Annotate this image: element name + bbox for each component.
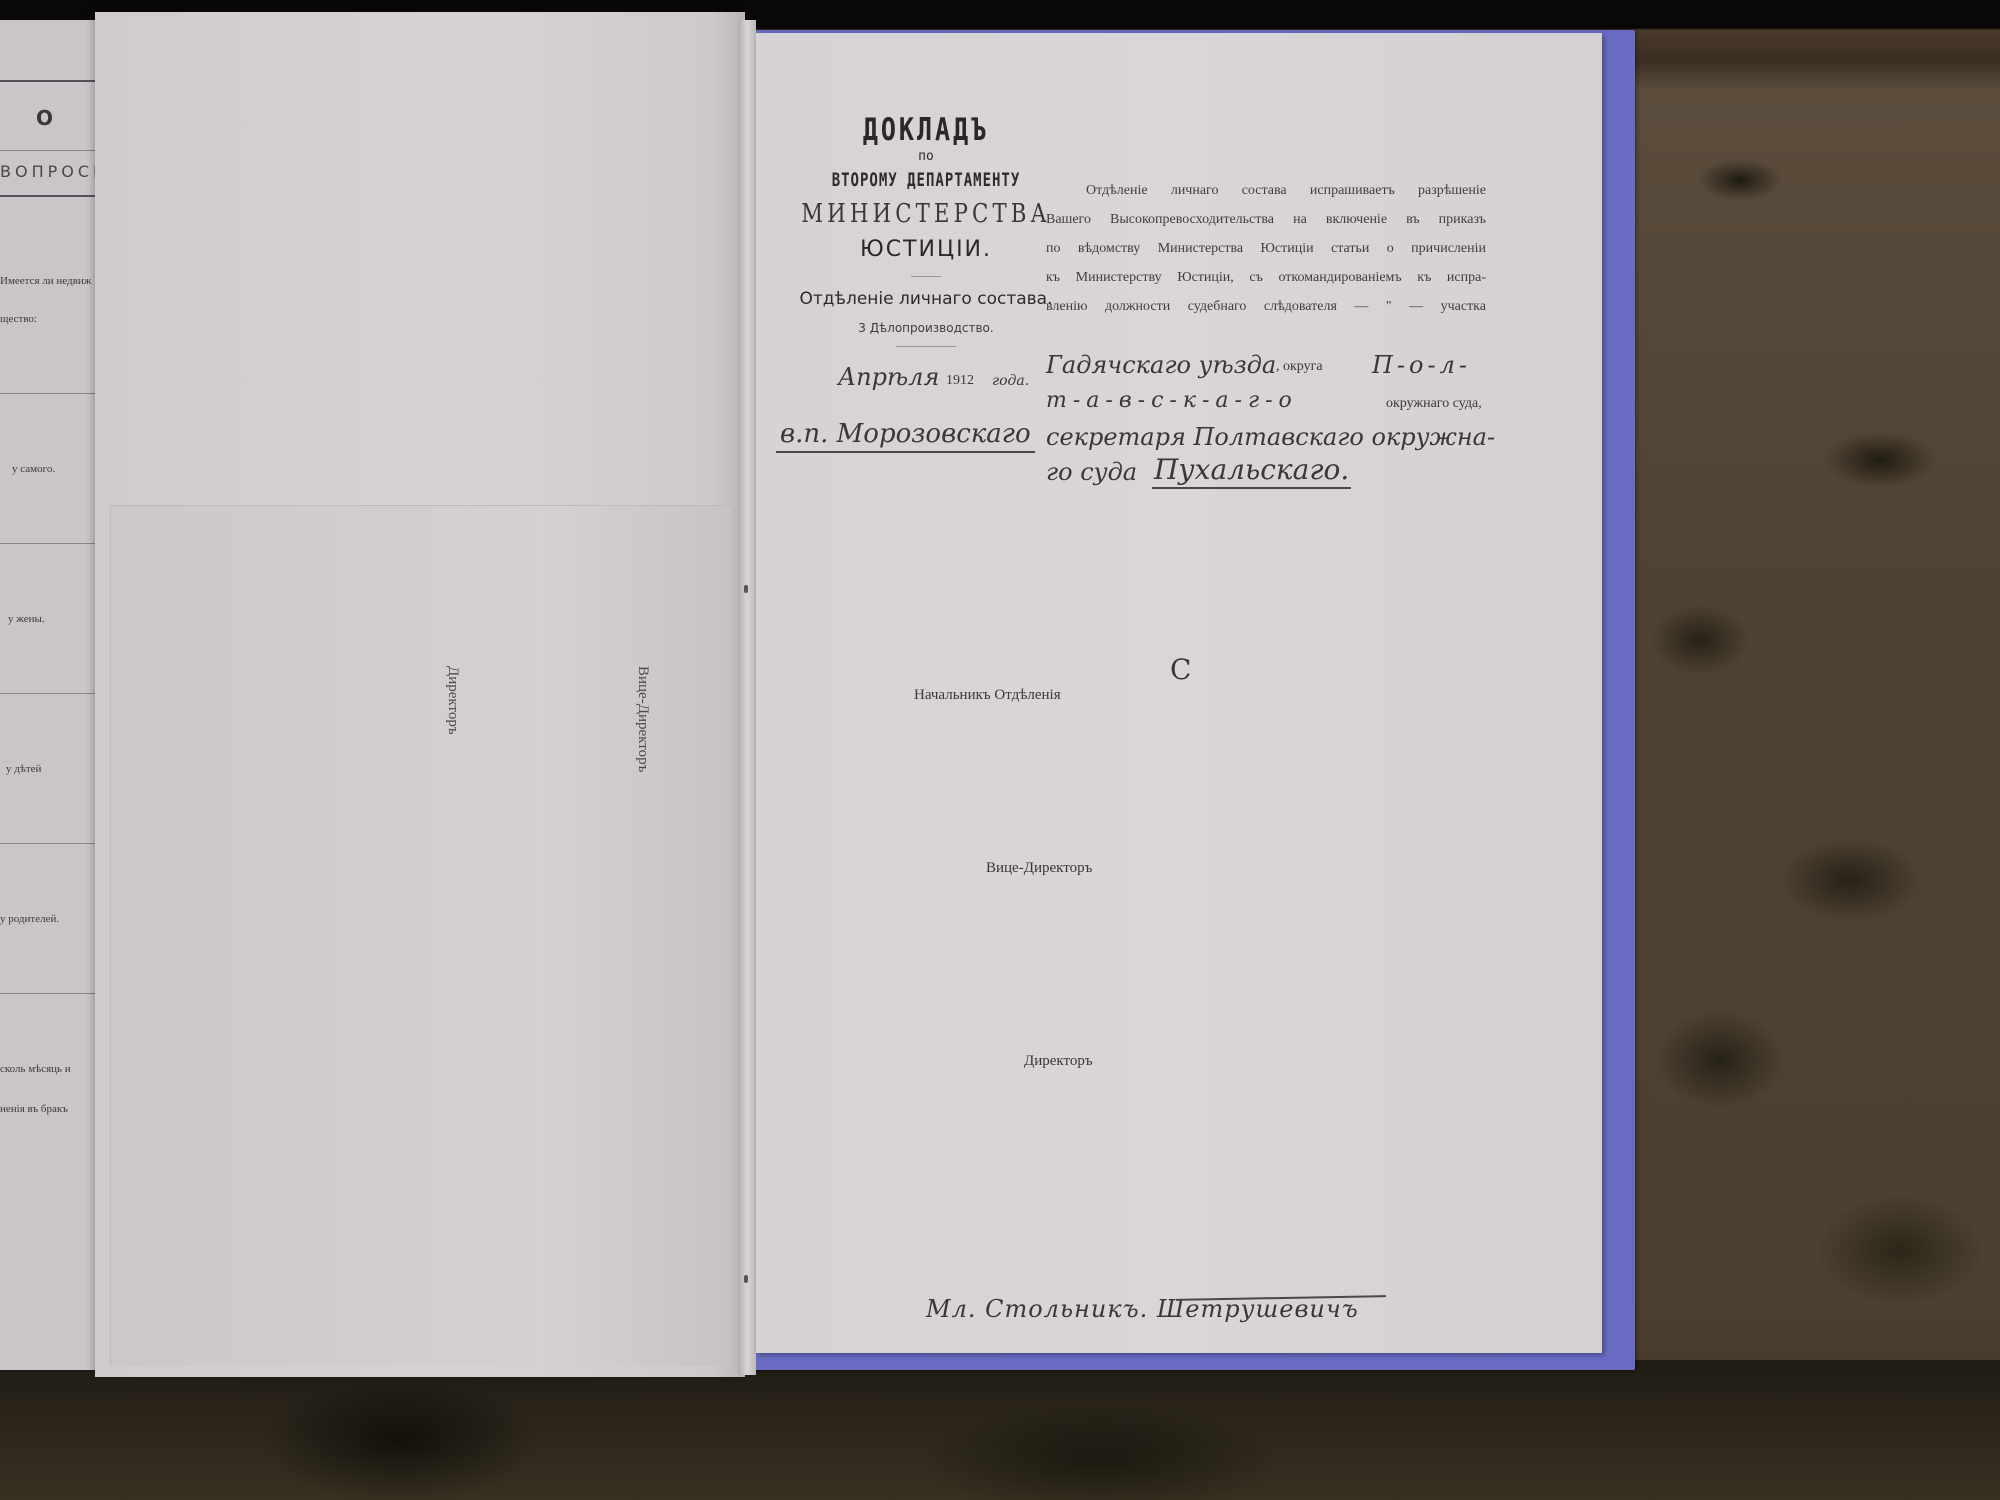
body-line: къ Министерству Юстиціи, съ откомандиров…: [1046, 270, 1486, 286]
stitch: [744, 1275, 748, 1283]
divider: [896, 346, 956, 347]
court-printed: окружнаго суда,: [1386, 396, 1482, 412]
body-line: по вѣдомству Министерства Юстиціи статьи…: [1046, 241, 1486, 257]
divider: [911, 276, 941, 277]
report-body: Отдѣленіе личнаго состава испрашиваетъ р…: [1046, 183, 1486, 323]
form-item: щество:: [0, 313, 37, 325]
bottom-signature: Мл. Стольникъ. Шетрушевичъ: [926, 1295, 1359, 1323]
date-year: 1912: [946, 373, 974, 389]
court-handwritten-2: т-а-в-с-к-а-г-о: [1046, 388, 1298, 413]
name-handwritten: Пухальскаго.: [1152, 453, 1351, 489]
date-month-handwritten: Апрѣля: [838, 363, 939, 391]
date-suffix: года.: [992, 373, 1029, 389]
rotated-label-director: Директоръ: [444, 666, 461, 735]
body-line: вленію должности судебнаго слѣдователя —…: [1046, 299, 1486, 315]
binding-spine: [738, 20, 756, 1375]
form-item: Имеется ли недвиж: [0, 275, 91, 287]
form-item: у дѣтей: [6, 763, 41, 775]
court-handwritten-1: П-о-л-: [1372, 351, 1471, 379]
report-department: ВТОРОМУ ДЕПАРТАМЕНТУ: [776, 171, 1076, 192]
report-ministry: МИНИСТЕРСТВА: [787, 199, 1066, 229]
label-director: Директоръ: [1024, 1053, 1093, 1070]
secretary-handwritten-2: го суда: [1046, 458, 1137, 486]
form-item: у родителей.: [0, 913, 59, 925]
stitch: [744, 585, 748, 593]
body-line: Отдѣленіе личнаго состава испрашиваетъ р…: [1046, 183, 1486, 199]
form-item: у самого.: [12, 463, 55, 475]
secretary-handwritten: секретаря Полтавскаго окружна-: [1046, 423, 1495, 451]
report-office: 3 Дѣлопроизводство.: [776, 321, 1076, 335]
form-item: у жены.: [8, 613, 45, 625]
handwritten-mark: С: [1170, 653, 1191, 686]
form-item: сколь мѣсяць и: [0, 1063, 71, 1075]
clerk-handwritten: в.п. Морозовскаго: [776, 419, 1035, 453]
report-section: Отдѣленіе личнаго состава.: [776, 289, 1076, 309]
district-printed: , округа: [1276, 359, 1323, 375]
body-line: Вашего Высокопревосходительства на включ…: [1046, 212, 1486, 228]
table-shadow: [0, 1360, 2000, 1500]
report-ministry-of: ЮСТИЦІИ.: [826, 237, 1026, 262]
label-vice-director: Вице-Директоръ: [986, 860, 1092, 877]
form-item: ненія въ бракъ: [0, 1103, 68, 1115]
label-section-head: Начальникъ Отдѣленія: [914, 687, 1061, 704]
report-title: ДОКЛАДЪ: [826, 111, 1026, 147]
district-handwritten: Гадячскаго уѣзда: [1046, 351, 1276, 379]
left-page-fold: Директоръ Вице-Директоръ: [110, 505, 731, 1366]
report-page: ДОКЛАДЪ по ВТОРОМУ ДЕПАРТАМЕНТУ МИНИСТЕР…: [756, 33, 1602, 1353]
report-by: по: [826, 149, 1026, 164]
rotated-label-vice-director: Вице-Директоръ: [634, 666, 651, 772]
